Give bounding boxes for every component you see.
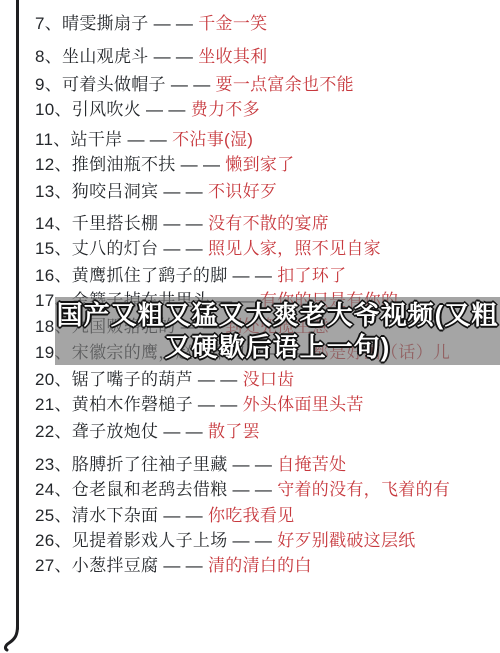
item-text: 21、黄柏木作磬槌子 — — bbox=[35, 395, 243, 414]
list-item: 9、可着头做帽子 — — 要一点富余也不能 bbox=[0, 72, 500, 97]
list-item: 13、狗咬吕洞宾 — — 不识好歹 bbox=[0, 179, 500, 204]
item-answer: 你吃我看见 bbox=[208, 506, 295, 525]
item-answer: 自掩苦处 bbox=[277, 455, 346, 474]
item-text: 27、小葱拌豆腐 — — bbox=[35, 556, 208, 575]
list-item: 23、胳膊折了往袖子里藏 — — 自掩苦处 bbox=[0, 452, 500, 477]
item-text: 7、晴雯撕扇子 — — bbox=[35, 14, 198, 33]
list-item: 12、推倒油瓶不扶 — — 懒到家了 bbox=[0, 152, 500, 177]
item-answer: 懒到家了 bbox=[225, 155, 294, 174]
item-answer: 不识好歹 bbox=[208, 182, 277, 201]
item-text: 15、丈八的灯台 — — bbox=[35, 239, 208, 258]
item-answer: 照见人家，照不见自家 bbox=[208, 239, 381, 258]
list-item: 8、坐山观虎斗 — — 坐收其利 bbox=[0, 44, 500, 69]
list-item: 26、见提着影戏人子上场 — — 好歹别戳破这层纸 bbox=[0, 528, 500, 553]
item-text: 16、黄鹰抓住了鹞子的脚 — — bbox=[35, 266, 277, 285]
item-answer: 坐收其利 bbox=[198, 47, 267, 66]
item-answer: 散了罢 bbox=[208, 422, 260, 441]
item-answer: 要一点富余也不能 bbox=[216, 75, 354, 94]
saying-list: 7、晴雯撕扇子 — — 千金一笑 8、坐山观虎斗 — — 坐收其利 9、可着头做… bbox=[0, 11, 500, 578]
item-answer: 清的清白的白 bbox=[208, 556, 312, 575]
watermark-text-line2: 又硬歇后语上一句) bbox=[55, 331, 500, 363]
watermark-text-line1: 国产又粗又猛又大爽老大爷视频(又粗 bbox=[55, 299, 500, 331]
item-answer: 没有不散的宴席 bbox=[208, 214, 329, 233]
item-answer: 守着的没有，飞着的有 bbox=[277, 480, 450, 499]
document-page: 7、晴雯撕扇子 — — 千金一笑 8、坐山观虎斗 — — 坐收其利 9、可着头做… bbox=[0, 0, 500, 653]
list-item: 14、千里搭长棚 — — 没有不散的宴席 bbox=[0, 211, 500, 236]
item-text: 22、聋子放炮仗 — — bbox=[35, 422, 208, 441]
left-stroke-curl bbox=[2, 626, 24, 652]
item-text: 25、清水下杂面 — — bbox=[35, 506, 208, 525]
item-answer: 好歹别戳破这层纸 bbox=[277, 531, 415, 550]
list-item: 11、站干岸 — — 不沾事(湿) bbox=[0, 127, 500, 152]
item-text: 14、千里搭长棚 — — bbox=[35, 214, 208, 233]
list-item: 22、聋子放炮仗 — — 散了罢 bbox=[0, 419, 500, 444]
item-answer: 费力不多 bbox=[191, 100, 260, 119]
item-answer: 扣了环了 bbox=[277, 266, 346, 285]
item-text: 13、狗咬吕洞宾 — — bbox=[35, 182, 208, 201]
item-text: 20、锯了嘴子的葫芦 — — bbox=[35, 370, 243, 389]
list-item: 7、晴雯撕扇子 — — 千金一笑 bbox=[0, 11, 500, 36]
list-item: 21、黄柏木作磬槌子 — — 外头体面里头苦 bbox=[0, 392, 500, 417]
list-item: 10、引风吹火 — — 费力不多 bbox=[0, 97, 500, 122]
watermark-overlay: 国产又粗又猛又大爽老大爷视频(又粗 又硬歇后语上一句) bbox=[55, 297, 500, 365]
item-text: 26、见提着影戏人子上场 — — bbox=[35, 531, 277, 550]
list-item: 24、仓老鼠和老鸹去借粮 — — 守着的没有，飞着的有 bbox=[0, 477, 500, 502]
item-text: 10、引风吹火 — — bbox=[35, 100, 191, 119]
item-text: 12、推倒油瓶不扶 — — bbox=[35, 155, 225, 174]
list-item: 16、黄鹰抓住了鹞子的脚 — — 扣了环了 bbox=[0, 263, 500, 288]
item-answer: 外头体面里头苦 bbox=[243, 395, 364, 414]
item-answer: 千金一笑 bbox=[198, 14, 267, 33]
item-answer: 没口齿 bbox=[243, 370, 295, 389]
item-text: 24、仓老鼠和老鸹去借粮 — — bbox=[35, 480, 277, 499]
list-item: 15、丈八的灯台 — — 照见人家，照不见自家 bbox=[0, 236, 500, 261]
list-item: 27、小葱拌豆腐 — — 清的清白的白 bbox=[0, 553, 500, 578]
item-text: 9、可着头做帽子 — — bbox=[35, 75, 216, 94]
list-item: 25、清水下杂面 — — 你吃我看见 bbox=[0, 503, 500, 528]
item-text: 11、站干岸 — — bbox=[35, 130, 172, 149]
list-item: 20、锯了嘴子的葫芦 — — 没口齿 bbox=[0, 367, 500, 392]
item-text: 8、坐山观虎斗 — — bbox=[35, 47, 198, 66]
item-text: 23、胳膊折了往袖子里藏 — — bbox=[35, 455, 277, 474]
item-answer: 不沾事(湿) bbox=[172, 130, 253, 149]
